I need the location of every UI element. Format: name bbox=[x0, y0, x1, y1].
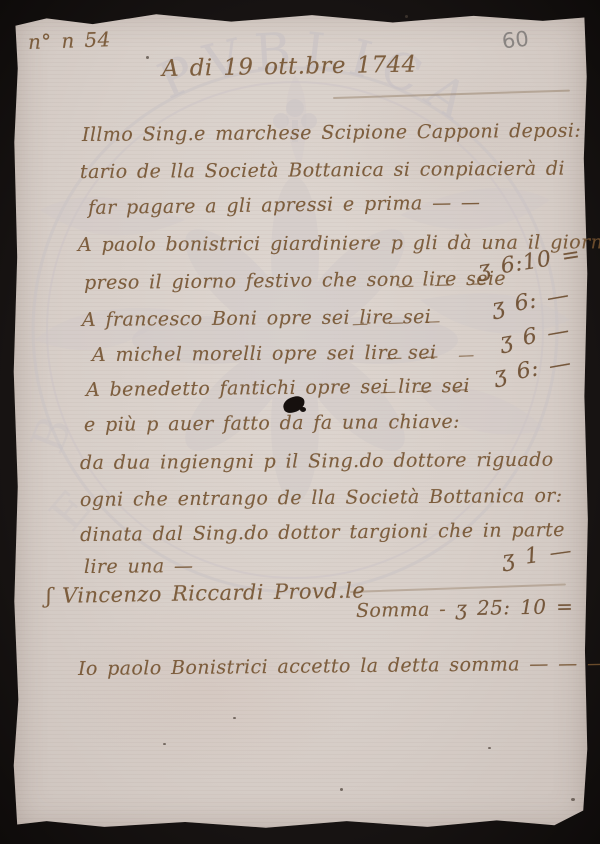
date-line: A di 19 ott.bre 1744 bbox=[162, 52, 417, 82]
somma-line: Somma - ʒ 25: 10 = bbox=[356, 594, 574, 622]
somma-label: Somma - bbox=[356, 598, 446, 622]
paper-speck bbox=[146, 56, 149, 59]
manuscript-line: A michel morelli opre sei lire sei bbox=[92, 342, 437, 366]
somma-amount: ʒ 25: 10 = bbox=[455, 594, 573, 620]
archival-number: n° n 54 bbox=[28, 27, 112, 54]
paper-speck bbox=[163, 743, 166, 745]
manuscript-line: lire una — bbox=[84, 555, 194, 578]
dash-leader: — — — bbox=[386, 345, 481, 367]
scanned-document: PVBLICA B E n° bbox=[0, 0, 600, 844]
paper-speck bbox=[340, 788, 343, 791]
manuscript-line: tario de lla Società Bottanica si conpia… bbox=[80, 158, 565, 183]
paper-speck bbox=[571, 798, 575, 801]
folio-number: 60 bbox=[501, 27, 530, 54]
paper-speck bbox=[488, 747, 491, 749]
dash-leader: — — — bbox=[380, 379, 475, 401]
manuscript-line: ogni che entrango de lla Società Bottani… bbox=[80, 485, 563, 511]
dash-leader: — — — bbox=[352, 311, 447, 333]
paper-speck bbox=[405, 15, 408, 18]
manuscript-line: e più p auer fatto da fa una chiave: bbox=[84, 411, 460, 436]
paper-speck bbox=[233, 717, 236, 719]
manuscript-line: Illmo Sing.e marchese Scipione Capponi d… bbox=[82, 120, 581, 146]
ink-blot bbox=[300, 407, 306, 412]
manuscript-line: da dua ingiengni p il Sing.do dottore ri… bbox=[80, 449, 554, 474]
